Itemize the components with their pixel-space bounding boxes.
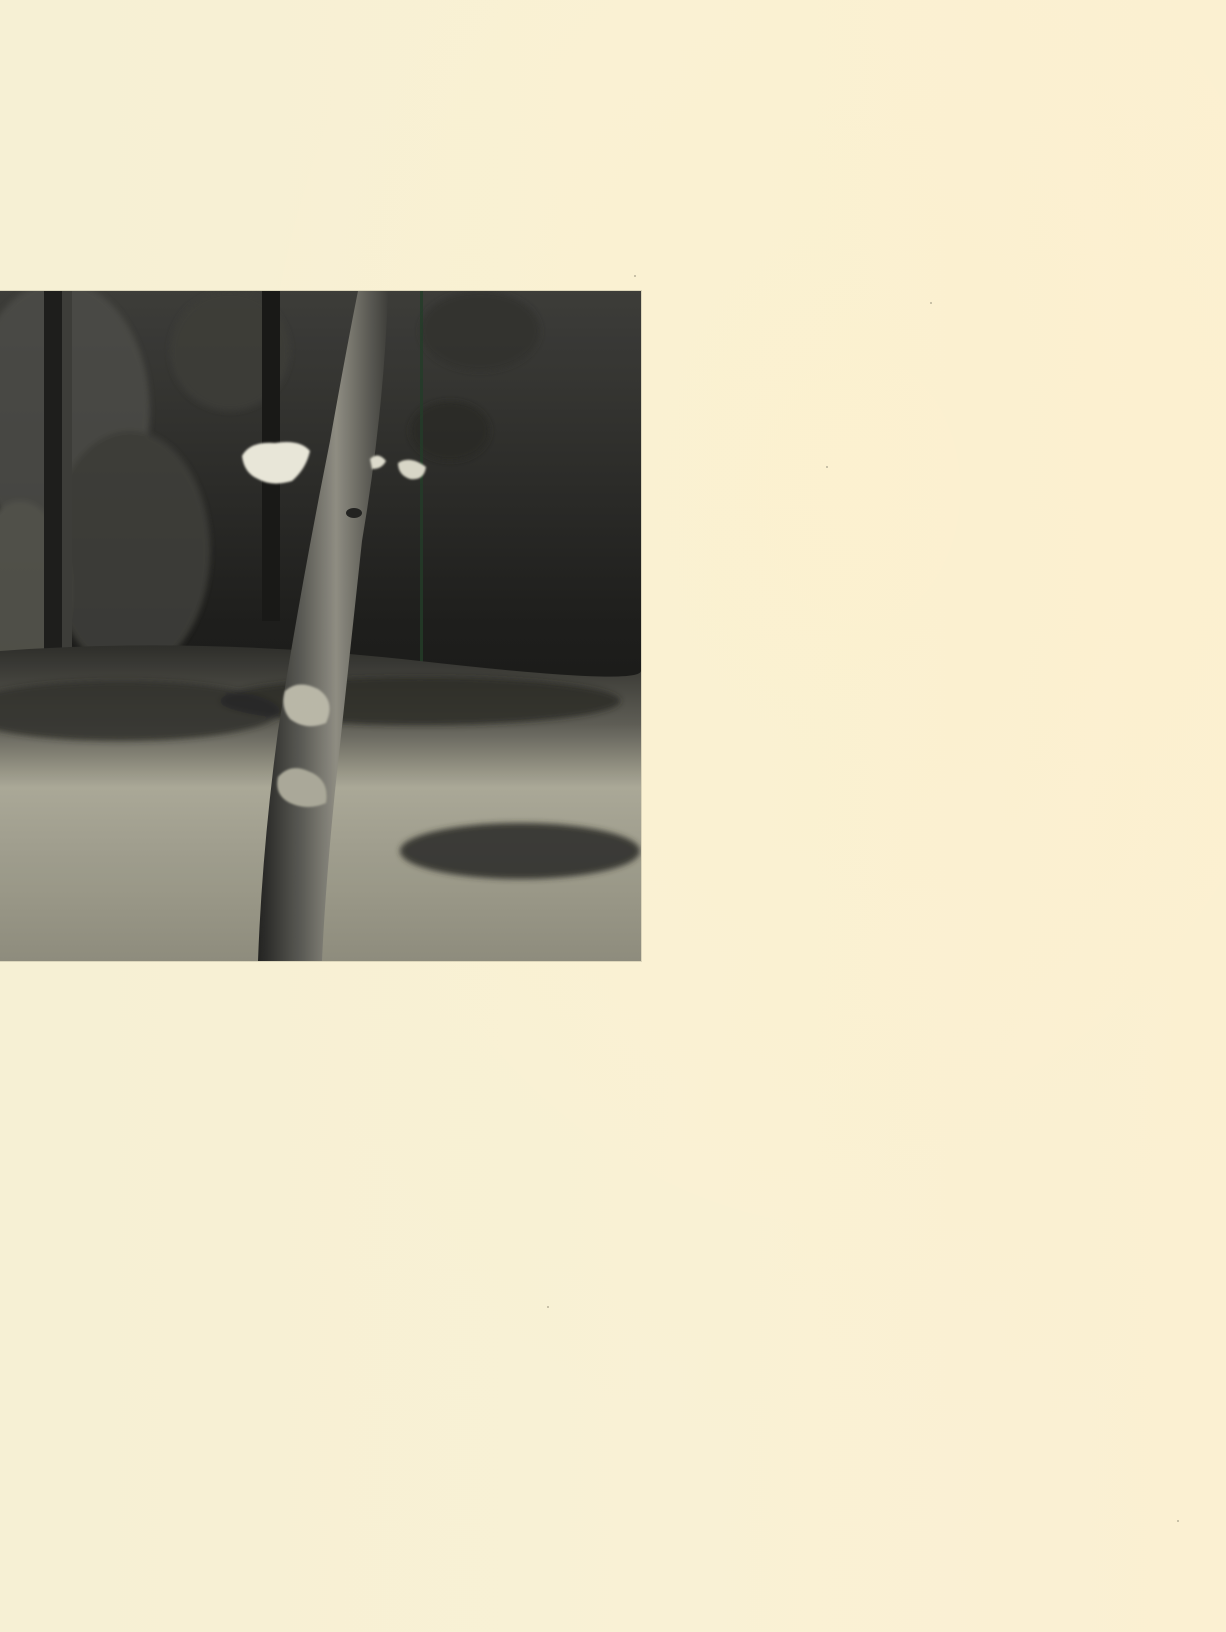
photograph <box>0 291 641 961</box>
paper-speck <box>1177 1520 1179 1522</box>
forest-photo <box>0 291 641 961</box>
page-background <box>0 0 1226 1632</box>
paper-speck <box>826 466 828 468</box>
paper-speck <box>547 1306 549 1308</box>
paper-speck <box>634 275 636 277</box>
paper-speck <box>930 302 932 304</box>
